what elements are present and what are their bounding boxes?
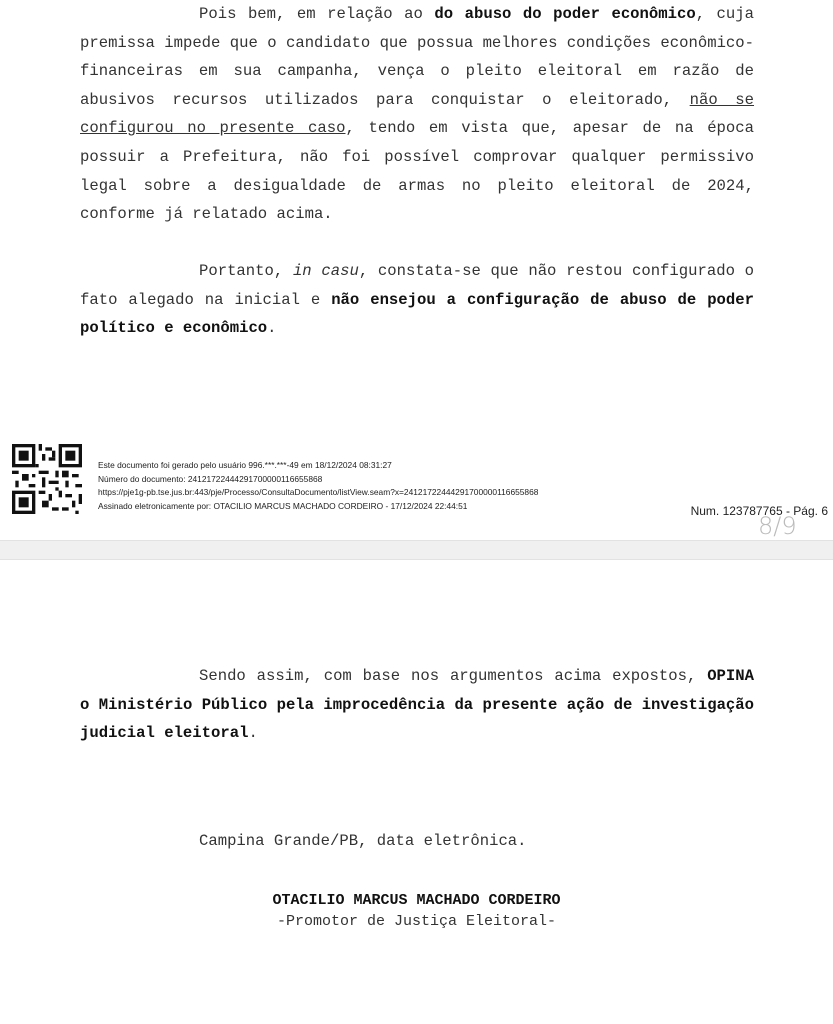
signed-by-text: Assinado eletronicamente por: OTACILIO M… <box>98 500 538 514</box>
bold-text: do abuso do poder econômico <box>434 5 695 23</box>
text: . <box>267 319 276 337</box>
text: Campina Grande/PB, data eletrônica. <box>199 832 527 850</box>
page-separator <box>0 540 833 560</box>
text: Pois bem, em relação ao <box>199 5 434 23</box>
document-page-9: Sendo assim, com base nos argumentos aci… <box>0 560 833 1024</box>
document-number-text: Número do documento: 2412172244429170000… <box>98 473 538 487</box>
qr-code-icon <box>12 444 82 514</box>
text: . <box>248 724 257 742</box>
paragraph-conclusion: Portanto, in casu, constata-se que não r… <box>80 257 754 343</box>
page-indicator: 8/9 <box>758 512 797 540</box>
generated-by-text: Este documento foi gerado pelo usuário 9… <box>98 459 538 473</box>
italic-text: in casu <box>293 262 359 280</box>
paragraph-economic-abuse: Pois bem, em relação ao do abuso do pode… <box>80 0 754 229</box>
document-page-8: Pois bem, em relação ao do abuso do pode… <box>0 0 833 540</box>
document-url-link[interactable]: https://pje1g-pb.tse.jus.br:443/pje/Proc… <box>98 486 538 500</box>
signer-name: OTACILIO MARCUS MACHADO CORDEIRO <box>0 892 833 909</box>
signer-role: -Promotor de Justiça Eleitoral- <box>0 913 833 930</box>
place-date: Campina Grande/PB, data eletrônica. <box>80 827 754 856</box>
text: Sendo assim, com base nos argumentos aci… <box>199 667 707 685</box>
text: Portanto, <box>199 262 293 280</box>
paragraph-opinion: Sendo assim, com base nos argumentos aci… <box>80 662 754 748</box>
signature-footer: Este documento foi gerado pelo usuário 9… <box>98 459 538 513</box>
